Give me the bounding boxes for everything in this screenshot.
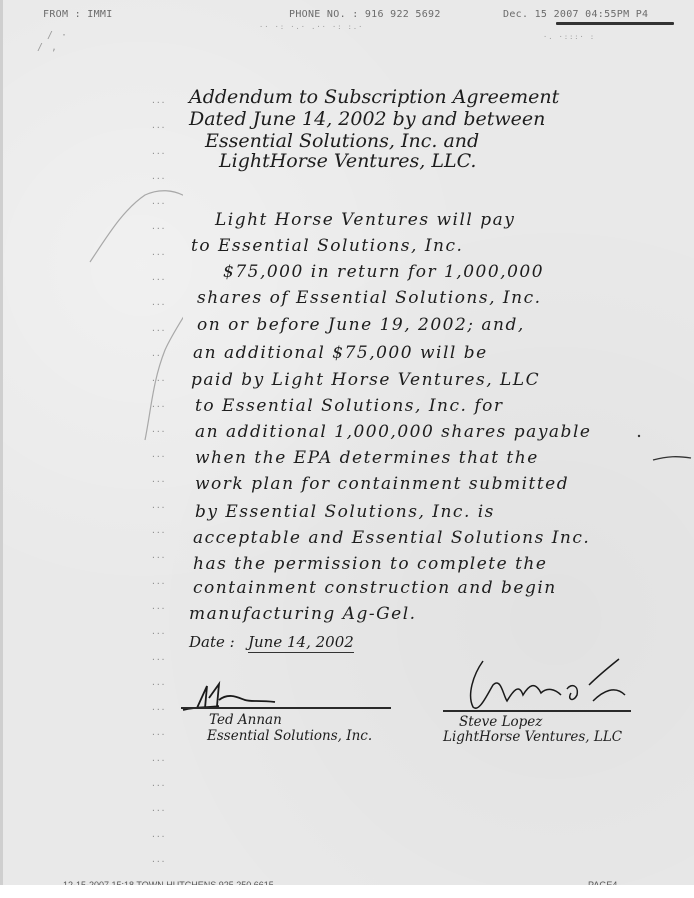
signer-name-1: Ted Annan	[209, 712, 282, 728]
fax-noise: / ,	[37, 42, 58, 53]
title-line: Dated June 14, 2002 by and between	[189, 108, 545, 130]
fax-noise: ·. ·:::· :	[543, 33, 595, 41]
signer-org-2: LightHorse Ventures, LLC	[443, 729, 622, 745]
body-line: an additional $75,000 will be	[193, 343, 488, 363]
body-line: acceptable and Essential Solutions Inc.	[193, 528, 590, 548]
body-line: when the EPA determines that the	[195, 448, 539, 468]
title-line: Essential Solutions, Inc. and	[205, 130, 479, 152]
fax-noise: ·· ·: ·.· .·· ·: :.·	[259, 23, 363, 31]
fax-page: FROM : IMMI PHONE NO. : 916 922 5692 Dec…	[0, 0, 694, 885]
signature-line-1	[181, 707, 391, 709]
body-line: paid by Light Horse Ventures, LLC	[191, 370, 540, 390]
title-line: LightHorse Ventures, LLC.	[219, 150, 476, 172]
body-line: to Essential Solutions, Inc.	[191, 236, 463, 256]
body-line: has the permission to complete the	[193, 554, 547, 574]
title-line: Addendum to Subscription Agreement	[189, 86, 559, 108]
body-line: an additional 1,000,000 shares payable	[195, 422, 591, 442]
fax-footer-page: PAGE4	[588, 878, 617, 885]
body-line: $75,000 in return for 1,000,000	[223, 262, 544, 282]
body-line: manufacturing Ag-Gel.	[189, 604, 417, 624]
pencil-curve-mark	[73, 140, 183, 450]
body-line: Light Horse Ventures will pay	[215, 210, 515, 230]
body-line: to Essential Solutions, Inc. for	[195, 396, 503, 416]
margin-tick-mark	[633, 430, 693, 470]
date-label: Date :	[189, 633, 235, 651]
body-line: containment construction and begin	[193, 578, 557, 598]
fax-phone-number: PHONE NO. : 916 922 5692	[289, 9, 441, 20]
fax-footer-transmission: 12-15-2007 15:18 TOWN HUTCHENS 925 250 6…	[63, 878, 274, 885]
signer-org-1: Essential Solutions, Inc.	[207, 728, 372, 744]
body-line: by Essential Solutions, Inc. is	[195, 502, 495, 522]
fax-date-page: Dec. 15 2007 04:55PM P4	[503, 9, 648, 20]
body-line: work plan for containment submitted	[195, 474, 569, 494]
fax-header-underline	[556, 22, 674, 25]
signature-steve-lopez	[443, 655, 643, 715]
signer-name-2: Steve Lopez	[459, 714, 542, 730]
date-value: June 14, 2002	[248, 633, 354, 653]
signature-line-2	[443, 710, 631, 712]
fax-from: FROM : IMMI	[43, 9, 113, 20]
fax-noise: / ·	[47, 30, 68, 41]
body-line: on or before June 19, 2002; and,	[197, 315, 525, 335]
body-line: shares of Essential Solutions, Inc.	[197, 288, 542, 308]
